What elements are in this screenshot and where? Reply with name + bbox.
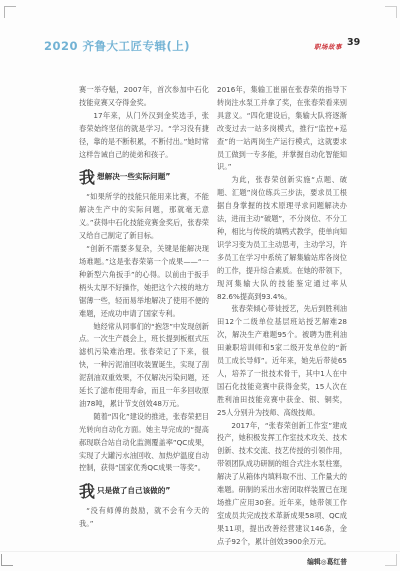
paragraph: 她经常从同事们的“抱怨”中发现创新点。一次生产晨会上，班长提到板框式压滤机污染难… [79,321,209,411]
page-number: 39 [347,37,360,48]
crop-mark [385,6,397,18]
drop-cap: 我 [79,170,95,186]
drop-cap: 我 [79,484,95,500]
paragraph: “创新不需要多复杂，关键是能解决现场难题。”这是张春荣第一个成果——“一种新型六… [79,243,209,320]
crop-mark [4,6,16,18]
paragraph: 2016年，集输工崔丽在张春荣的指导下转岗注水泵工并拿了奖，在张春荣看来别具意义… [217,84,347,174]
editor-credit: 编辑◎葛红普 [217,556,347,569]
page-header: 2020 齐鲁大工匠专辑(上) 职场故事 39 [0,36,400,56]
section-heading: 我 只是做了自己该做的” [79,484,209,500]
section-heading-text: 想解决一些实际问题” [97,172,170,185]
article-left-column: 赛一举夺魁，2007年，首次参加中石化技能竞赛又夺得金奖。 17年来，从门外汉到… [79,84,209,524]
paragraph: “没有师傅的鼓励，就不会有今天的我。” [79,505,209,531]
paragraph: 17年来，从门外汉到金奖选手，张春荣始终坚信的就是学习。“学习没有捷径，靠的是不… [79,110,209,162]
paragraph: 随着“四化”建设的推进，张春荣把目光转向自动化方面。她主导完成的“提高郝现联合站… [79,411,209,476]
paragraph: 赛一举夺魁，2007年，首次参加中石化技能竞赛又夺得金奖。 [79,84,209,110]
section-heading: 我 想解决一些实际问题” [79,170,209,186]
paragraph: 2017年，“张春荣创新工作室”建成投产，她积极发挥工作室技术攻关、技术创新、技… [217,420,347,549]
article-body: 赛一举夺魁，2007年，首次参加中石化技能竞赛又夺得金奖。 17年来，从门外汉到… [79,84,347,524]
crop-mark [385,554,397,566]
magazine-section-logo: 职场故事 [314,42,342,51]
paragraph: 张春荣倾心带徒授艺，先后到胜利油田12个二级单位基层班站授艺解难28次，解决生产… [217,303,347,419]
magazine-page: 2020 齐鲁大工匠专辑(上) 职场故事 39 赛一举夺魁，2007年，首次参加… [0,0,400,571]
section-heading-text: 只是做了自己该做的” [97,486,170,499]
crop-mark [1,554,13,566]
page-title: 2020 齐鲁大工匠专辑(上) [44,38,190,54]
divider [0,551,400,552]
article-right-column: 2016年，集输工崔丽在张春荣的指导下转岗注水泵工并拿了奖，在张春荣看来别具意义… [217,84,347,524]
paragraph: “如果所学的技能只能用来比赛，不能解决生产中的实际问题，那就毫无意义。”获得中石… [79,191,209,243]
paragraph: 为此，张春荣创新实施“点题、破题、汇题”岗位练兵三步法，要求员工根据自身掌握的技… [217,174,347,303]
